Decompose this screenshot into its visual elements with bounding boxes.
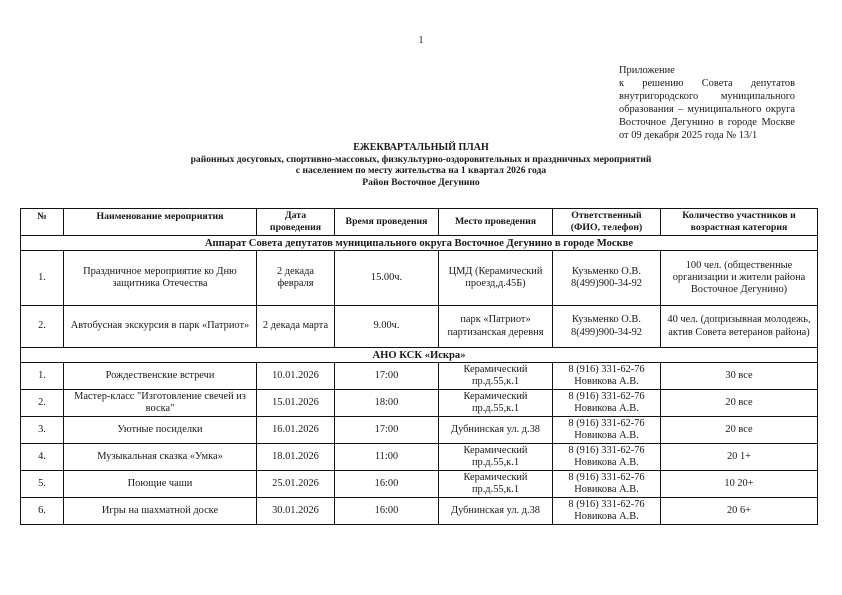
- cell-participants: 40 чел. (допризывная молодежь, актив Сов…: [661, 306, 818, 348]
- cell-time: 9.00ч.: [335, 306, 439, 348]
- document-title-block: ЕЖЕКВАРТАЛЬНЫЙ ПЛАН районных досуговых, …: [0, 142, 842, 188]
- cell-time: 16:00: [335, 471, 439, 498]
- cell-num: 1.: [21, 363, 64, 390]
- cell-date: 2 декада марта: [257, 306, 335, 348]
- cell-participants: 10 20+: [661, 471, 818, 498]
- cell-participants: 20 все: [661, 390, 818, 417]
- cell-name: Музыкальная сказка «Умка»: [64, 444, 257, 471]
- table-header-row: № Наименование мероприятия Дата проведен…: [21, 209, 818, 236]
- column-header-responsible: Ответственный (ФИО, телефон): [553, 209, 661, 236]
- appendix-line: Восточное Дегунино в городе Москве: [619, 116, 795, 129]
- section-row: Аппарат Совета депутатов муниципального …: [21, 236, 818, 251]
- cell-num: 2.: [21, 306, 64, 348]
- page-number: 1: [0, 35, 842, 46]
- cell-participants: 20 6+: [661, 498, 818, 525]
- cell-time: 17:00: [335, 363, 439, 390]
- cell-place: Керамический пр.д.55,к.1: [439, 363, 553, 390]
- document-title: ЕЖЕКВАРТАЛЬНЫЙ ПЛАН: [0, 142, 842, 154]
- section-row: АНО КСК «Искра»: [21, 348, 818, 363]
- cell-responsible: 8 (916) 331-62-76 Новикова А.В.: [553, 363, 661, 390]
- cell-num: 5.: [21, 471, 64, 498]
- cell-time: 15.00ч.: [335, 251, 439, 306]
- document-subtitle-period: с населением по месту жительства на 1 кв…: [0, 165, 842, 177]
- document-district: Район Восточное Дегунино: [0, 177, 842, 189]
- cell-date: 18.01.2026: [257, 444, 335, 471]
- table-row: 1. Праздничное мероприятие ко Дню защитн…: [21, 251, 818, 306]
- column-header-num: №: [21, 209, 64, 236]
- cell-num: 6.: [21, 498, 64, 525]
- cell-place: парк «Патриот» партизанская деревня: [439, 306, 553, 348]
- section-title: АНО КСК «Искра»: [21, 348, 818, 363]
- table-row: 6. Игры на шахматной доске 30.01.2026 16…: [21, 498, 818, 525]
- cell-date: 10.01.2026: [257, 363, 335, 390]
- cell-participants: 20 все: [661, 417, 818, 444]
- appendix-line: Приложение: [619, 64, 795, 77]
- cell-date: 15.01.2026: [257, 390, 335, 417]
- cell-num: 3.: [21, 417, 64, 444]
- cell-num: 2.: [21, 390, 64, 417]
- column-header-name: Наименование мероприятия: [64, 209, 257, 236]
- table-row: 5. Поющие чаши 25.01.2026 16:00 Керамиче…: [21, 471, 818, 498]
- column-header-time: Время проведения: [335, 209, 439, 236]
- cell-name: Автобусная экскурсия в парк «Патриот»: [64, 306, 257, 348]
- cell-responsible: 8 (916) 331-62-76 Новикова А.В.: [553, 390, 661, 417]
- appendix-line: к решению Совета депутатов: [619, 77, 795, 90]
- cell-place: Дубнинская ул. д.38: [439, 417, 553, 444]
- cell-num: 4.: [21, 444, 64, 471]
- cell-name: Поющие чаши: [64, 471, 257, 498]
- cell-place: ЦМД (Керамический проезд,д.45Б): [439, 251, 553, 306]
- cell-participants: 30 все: [661, 363, 818, 390]
- cell-date: 16.01.2026: [257, 417, 335, 444]
- cell-place: Дубнинская ул. д.38: [439, 498, 553, 525]
- cell-name: Игры на шахматной доске: [64, 498, 257, 525]
- column-header-date: Дата проведения: [257, 209, 335, 236]
- cell-place: Керамический пр.д.55,к.1: [439, 390, 553, 417]
- appendix-line: от 09 декабря 2025 года № 13/1: [619, 129, 795, 142]
- cell-responsible: Кузьменко О.В. 8(499)900-34-92: [553, 251, 661, 306]
- cell-name: Рождественские встречи: [64, 363, 257, 390]
- cell-date: 25.01.2026: [257, 471, 335, 498]
- appendix-line: образования – муниципального округа: [619, 103, 795, 116]
- cell-responsible: 8 (916) 331-62-76 Новикова А.В.: [553, 417, 661, 444]
- cell-place: Керамический пр.д.55,к.1: [439, 471, 553, 498]
- section-title: Аппарат Совета депутатов муниципального …: [21, 236, 818, 251]
- cell-responsible: 8 (916) 331-62-76 Новикова А.В.: [553, 471, 661, 498]
- cell-responsible: 8 (916) 331-62-76 Новикова А.В.: [553, 444, 661, 471]
- cell-participants: 20 1+: [661, 444, 818, 471]
- cell-time: 18:00: [335, 390, 439, 417]
- cell-responsible: Кузьменко О.В. 8(499)900-34-92: [553, 306, 661, 348]
- cell-name: Праздничное мероприятие ко Дню защитника…: [64, 251, 257, 306]
- table-row: 1. Рождественские встречи 10.01.2026 17:…: [21, 363, 818, 390]
- table-row: 4. Музыкальная сказка «Умка» 18.01.2026 …: [21, 444, 818, 471]
- cell-name: Мастер-класс "Изготовление свечей из вос…: [64, 390, 257, 417]
- table-row: 2. Мастер-класс "Изготовление свечей из …: [21, 390, 818, 417]
- cell-time: 16:00: [335, 498, 439, 525]
- cell-date: 30.01.2026: [257, 498, 335, 525]
- column-header-participants: Количество участников и возрастная катег…: [661, 209, 818, 236]
- column-header-place: Место проведения: [439, 209, 553, 236]
- cell-date: 2 декада февраля: [257, 251, 335, 306]
- cell-responsible: 8 (916) 331-62-76 Новикова А.В.: [553, 498, 661, 525]
- cell-participants: 100 чел. (общественные организации и жит…: [661, 251, 818, 306]
- appendix-line: внутригородского муниципального: [619, 90, 795, 103]
- cell-time: 11:00: [335, 444, 439, 471]
- document-subtitle: районных досуговых, спортивно-массовых, …: [0, 154, 842, 166]
- cell-time: 17:00: [335, 417, 439, 444]
- cell-name: Уютные посиделки: [64, 417, 257, 444]
- table-row: 2. Автобусная экскурсия в парк «Патриот»…: [21, 306, 818, 348]
- table-row: 3. Уютные посиделки 16.01.2026 17:00 Дуб…: [21, 417, 818, 444]
- cell-num: 1.: [21, 251, 64, 306]
- appendix-block: Приложение к решению Совета депутатов вн…: [619, 64, 795, 142]
- cell-place: Керамический пр.д.55,к.1: [439, 444, 553, 471]
- events-plan-table: № Наименование мероприятия Дата проведен…: [20, 208, 818, 525]
